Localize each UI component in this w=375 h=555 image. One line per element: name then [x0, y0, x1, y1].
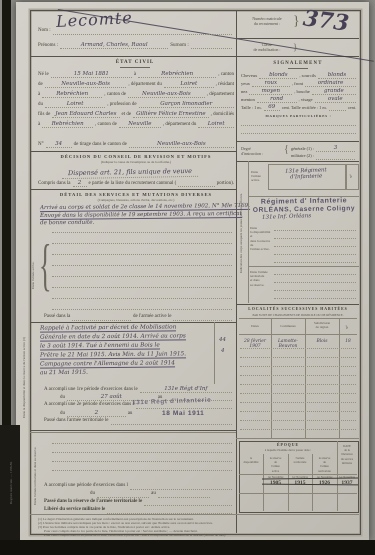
ruled-line: [52, 254, 232, 255]
name-rule: [53, 34, 232, 35]
forehead-label: , front: [292, 81, 303, 88]
mobilisation-entry-2: Générale en date du 2 août 1914. Arrivé …: [40, 333, 186, 341]
passe-reserve-terr-line: Passé dans la réserve de l'armée territo…: [44, 499, 232, 506]
ruled-line: [52, 461, 232, 462]
localites-header-bottom: [239, 334, 357, 335]
footnote-separator: [30, 514, 359, 515]
father-name: Jean Edouard Charles: [52, 111, 119, 118]
service-entry-3: de bonne conduite.: [40, 220, 94, 227]
portion-rule: [178, 186, 214, 187]
son-of-label: fils de: [38, 112, 50, 119]
domiciled-label: , domiciliés: [211, 112, 234, 119]
localites-col-dates: Dates: [239, 324, 271, 328]
ruled-line: [52, 243, 232, 244]
title-underline: [120, 67, 150, 68]
territorial-margin-label: Dans l'armée territoriale et dans sa rés…: [33, 440, 37, 512]
localites-top-line: [236, 304, 359, 305]
passe-terr-label: Passé dans l'armée territoriale le: [44, 418, 109, 425]
ruled-line: [274, 262, 356, 263]
ruled-line: [52, 276, 232, 277]
compris-line: Compris dans la2e partie de la liste du …: [38, 180, 234, 187]
ruled-line: [274, 274, 356, 275]
birth-canton: Neuville-aux-Bois: [45, 81, 127, 88]
section-line: [30, 151, 236, 152]
mouth-label: , bouche: [294, 89, 310, 96]
firstnames-line: Prénoms : Armand, Charles, Raoul Surnom …: [38, 42, 232, 49]
profession-value: Garçon limonadier: [139, 101, 234, 108]
localites-row-subdivision: Blois: [305, 339, 339, 344]
localites-bottom-line: [236, 438, 359, 439]
ruled-line: [240, 411, 356, 412]
instruction-brace: {: [284, 144, 289, 155]
nickname-rule: [191, 48, 232, 49]
du-label-3: du: [90, 491, 95, 498]
territorial-dates-line: duau: [90, 491, 210, 498]
matricule-number: 373: [302, 5, 351, 36]
ruled-line: [52, 298, 232, 299]
sig-row-1: Cheveuxblonds, sourcilsblonds: [241, 72, 356, 79]
height-label: Taille : 1 m.: [241, 105, 262, 112]
localites-row-numero: 18: [339, 339, 357, 344]
periode1-label: A accompli une 1re période d'exercices d…: [44, 387, 138, 394]
blank-rule: [72, 320, 131, 321]
epoque-col2-header: la réserve de l'armée active: [263, 456, 288, 473]
ruled-line: [52, 309, 232, 310]
and-of-label: et de: [122, 112, 132, 119]
compris-label-2: e partie de la liste du recrutement cant…: [89, 181, 177, 188]
parents-line: fils deJean Edouard Charleset deGillière…: [38, 111, 234, 118]
passe-territoriale-line: Passé dans l'armée territoriale le: [44, 418, 232, 425]
ruled-line: [274, 298, 356, 299]
scanned-military-record: Registre matricule. — 1186-80. Nom : Lec…: [0, 0, 375, 555]
corps-vertical-label: Indication des corps auxquels les jeunes…: [239, 165, 243, 300]
passe-label-2: de l'armée active le: [133, 314, 172, 321]
ruled-line: [240, 420, 356, 421]
tirage-number: 34: [46, 141, 72, 148]
birth-place: Rebréchien: [138, 71, 216, 78]
epoque-col3-header: l'armée territoriale: [288, 456, 312, 464]
ruled-line: [52, 265, 232, 266]
mobilisation-class-label: Classe de mobilisation :: [241, 42, 293, 52]
du-label: du: [60, 395, 65, 402]
corps-label-divider: [248, 161, 249, 303]
epoque-col1-header: la disponibilité: [239, 456, 263, 464]
corps-row-line-2: [248, 266, 359, 267]
au-label-2: au: [128, 411, 133, 418]
periode1-regiment: 131e Régt d'Inf: [140, 386, 232, 393]
ruled-line: [240, 366, 356, 367]
instruction-militaire-row: militaire (2) :: [291, 153, 355, 160]
eyebrows-value: blonds: [318, 72, 356, 79]
instruction-box-bottom: [236, 161, 359, 162]
spine-imprint-text: Registre matricule. — 1186-80.: [9, 430, 13, 535]
mother-name: Gillière Félicie Ernestine: [133, 111, 209, 118]
ruled-line: [241, 133, 356, 134]
localites-col-numero: N°: [345, 320, 349, 334]
blank-rule: [144, 505, 232, 506]
mobilisation-entry-6: au 21 Mai 1915.: [40, 370, 88, 376]
ruled-line: [240, 357, 356, 358]
face-value: ovale: [315, 96, 356, 103]
profession-label: , profession de: [107, 102, 136, 109]
birth-line-2: deNeuville-aux-Bois, département duLoire…: [38, 81, 234, 88]
nose-label: nez: [241, 89, 247, 96]
domicile-canton: Neuville: [119, 121, 161, 128]
column-divider: [236, 10, 237, 533]
ruled-line: [240, 348, 356, 349]
epoque-title: ÉPOQUE: [239, 443, 337, 447]
margin-note-2: 4: [221, 348, 225, 354]
section-line-4: [30, 430, 236, 431]
localites-title: LOCALITÉS SUCCESSIVES HABITÉES: [239, 307, 357, 311]
height-rectified-label: cent. Taille rectifiée : 1 m.: [282, 105, 327, 112]
localites-col-subdivision: Subdivision de région: [305, 321, 339, 329]
marks-label: MARQUES PARTICULIÈRES :: [241, 114, 356, 118]
eyes-label: yeux: [241, 81, 250, 88]
instruction-generale-row: générale (1) :3: [291, 145, 355, 152]
decision-title: DÉCISION DU CONSEIL DE REVISION ET MOTIF…: [38, 154, 234, 159]
sig-row-3: nezmoyen, bouchegrande: [241, 88, 356, 95]
birth-departement: Loiret: [164, 81, 214, 88]
decision-subtitle: (Indiquer la cause de l'exemption ou de …: [38, 160, 234, 164]
du-label: du: [38, 102, 43, 109]
section-line-5: [30, 432, 236, 433]
cent-label: cent.: [348, 105, 356, 112]
active-army-margin-label: Dans l'armée active.: [31, 240, 35, 310]
ruled-line: [240, 384, 356, 385]
classe-brace: }: [293, 42, 297, 52]
blank-rule: [158, 497, 210, 498]
instruction-label: Degré d'instruction :: [241, 146, 285, 156]
blank-rule: [136, 408, 232, 409]
tirage-line: N°34de tirage dans le canton deNeuville-…: [38, 141, 234, 148]
portion-label: portion).: [217, 181, 234, 188]
epoque-subtitle: à laquelle l'homme devra passer dans :: [239, 448, 337, 452]
mobilisation-entry-4: Prêtre le 21 Mai 1915. Avis Min. du 11 J…: [40, 351, 186, 359]
epoque-col4-header: la réserve de l'armée territoriale: [312, 456, 337, 473]
mobilisation-entry-5: Campagne contre l'Allemagne du 2 août 19…: [40, 360, 175, 368]
passe-active-line: Passé dans lade l'armée active le: [44, 314, 232, 321]
ruled-line: [241, 125, 356, 126]
libere-line: Libéré du service militaire le: [44, 507, 232, 514]
localites-subtitle: PAR SUITE DE CHANGEMENTS DE DOMICILE OU …: [239, 313, 357, 317]
instruction-box-top: [236, 141, 359, 142]
canton-of-label-2: , canton de: [95, 122, 117, 129]
tirage-label: de tirage dans le canton de: [74, 142, 127, 149]
corps-active-value: 131e Régiment d'Infanterie: [270, 167, 342, 182]
blank-rule: [316, 159, 355, 160]
epoque-row-line: [239, 493, 357, 494]
periode2-dates-line: du2au18 Mai 1911: [60, 410, 232, 417]
sig-row-2: yeuxroux, frontordinaire: [241, 80, 356, 87]
periode2-line: A accompli une 2e période d'exercices da…: [44, 402, 232, 409]
blank-rule: [97, 497, 149, 498]
blank-rule: [329, 110, 346, 111]
matricule-label: Numéro matricule du recrutement :: [241, 16, 293, 26]
passe-label: Passé dans la: [44, 314, 70, 321]
ruled-line: [274, 290, 356, 291]
residence-departement: Loiret: [45, 101, 105, 108]
ruled-line: [240, 393, 356, 394]
blank-rule: [173, 320, 232, 321]
corps-terr-label: Dans l'armée territoriale et dans sa rés…: [250, 270, 272, 287]
du-label-2: du: [60, 411, 65, 418]
margin-brace: {: [39, 238, 51, 295]
margin-box-line: [214, 322, 215, 384]
general-instruction-value: 3: [316, 145, 355, 152]
matricule-box-divider: [236, 38, 359, 39]
ruled-line: [274, 246, 356, 247]
residence-place: Rebréchien: [42, 91, 102, 98]
chin-label: menton: [241, 97, 255, 104]
general-instruction-label: générale (1) :: [291, 146, 314, 153]
residence-canton: Neuville-aux-Bois: [128, 91, 205, 98]
departement-label-2: , département: [207, 92, 234, 99]
name-label: Nom :: [38, 28, 51, 35]
nose-value: moyen: [249, 88, 292, 95]
ruled-line: [52, 443, 232, 444]
height-line: Taille : 1 m.69cent. Taille rectifiée : …: [241, 104, 356, 111]
at-label: à: [38, 92, 40, 99]
services-subtitle: (Campagnes, blessures, actions d'éclat, …: [38, 198, 234, 202]
bottom-scan-shadow: [0, 540, 375, 555]
section-line-2: [30, 189, 236, 190]
epoque-header-bottom: [239, 474, 357, 475]
liste-part-number: 2: [73, 180, 87, 187]
face-label: , visage: [299, 97, 313, 104]
reserve-margin-label: Dans la disponibilité et dans la réserve…: [22, 330, 26, 426]
periode2-end-stamp: 18 Mai 1911: [134, 411, 232, 418]
periode2-start: 2: [67, 410, 126, 417]
ruled-line: [240, 375, 356, 376]
domicile-departement: Loiret: [198, 121, 234, 128]
sig-row-4: mentonrond, visageovale: [241, 96, 356, 103]
localites-col-communes: Communes: [271, 324, 305, 328]
domicile-line: àRebréchien, canton deNeuville, départem…: [38, 121, 234, 128]
corps-dispo-label: Dans la disponibilité et dans la réserve…: [250, 226, 272, 251]
domicile-place: Rebréchien: [42, 121, 93, 128]
matricule-brace: }: [293, 14, 300, 30]
ruled-line: [240, 429, 356, 430]
eyebrows-label: , sourcils: [299, 73, 316, 80]
birth-date: 15 Mai 1881: [51, 71, 132, 78]
signalement-underline: [288, 68, 308, 69]
firstnames-label: Prénoms :: [38, 43, 58, 50]
of-label: de: [38, 82, 43, 89]
passe-res-label: Passé dans la réserve de l'armée territo…: [44, 499, 142, 506]
mobilisation-entry-3: le 3 août 1914. Tué à l'ennemi au Bois l…: [40, 342, 160, 350]
profession-line: duLoiret, profession deGarçon limonadier: [38, 101, 234, 108]
hair-label: Cheveux: [241, 73, 257, 80]
ruled-line: [240, 402, 356, 403]
ruled-line: [52, 232, 232, 233]
au-label-3: au: [151, 491, 156, 498]
mouth-value: grande: [312, 88, 356, 95]
mobilisation-entry-1: Rappelé à l'activité par décret de Mobil…: [40, 324, 176, 332]
residing-label: , résidant: [216, 82, 234, 89]
corps-active-label: Dans l'armée active.: [251, 170, 269, 183]
services-title: DÉTAIL DES SERVICES ET MUTATIONS DIVERSE…: [38, 192, 234, 197]
departement-label: , département du: [128, 82, 161, 89]
birth-line-1: Né le15 Mai 1881àRebréchien, canton: [38, 71, 234, 78]
military-instruction-label: militaire (2) :: [291, 153, 314, 160]
name-signature: Lecomte: [56, 8, 134, 31]
residence-line-1: àRebréchien, canton deNeuville-aux-Bois,…: [38, 91, 234, 98]
periode1-line: A accompli une 1re période d'exercices d…: [44, 386, 232, 393]
numero-label: N°: [38, 142, 44, 149]
forehead-value: ordinaire: [305, 80, 356, 87]
tirage-canton: Neuville-aux-Bois: [129, 141, 234, 148]
ruled-line: [52, 287, 232, 288]
signalement-title: SIGNALEMENT: [237, 61, 359, 66]
born-label: Né le: [38, 72, 49, 79]
ruled-line: [274, 238, 356, 239]
canton-of-label: , canton de: [104, 92, 126, 99]
epoque-liberation-header: DATE de la libération du service militai…: [338, 444, 356, 465]
height-value: 69: [264, 104, 280, 111]
blank-rule: [111, 424, 233, 425]
section-line-3: [30, 322, 236, 323]
ruled-line: [274, 230, 356, 231]
at-label: à: [134, 72, 136, 79]
ruled-line: [52, 470, 232, 471]
periode2-label: A accompli une 2e période d'exercices da…: [44, 402, 134, 409]
margin-note-1: 44: [219, 337, 226, 343]
firstnames-value: Armand, Charles, Raoul: [60, 42, 168, 49]
chin-value: rond: [257, 96, 297, 103]
hair-value: blonds: [259, 72, 297, 79]
departement-du-label: , département du: [163, 122, 196, 129]
eyes-value: roux: [252, 80, 290, 87]
at-label-2: à: [38, 122, 40, 129]
terr-periode-label: A accompli une période d'exercices dans …: [44, 483, 128, 490]
etat-civil-title: ÉTAT CIVIL: [80, 60, 190, 66]
libere-label: Libéré du service militaire le: [44, 507, 105, 514]
territorial-periode-line: A accompli une période d'exercices dans …: [44, 483, 232, 490]
ruled-line: [274, 282, 356, 283]
canton-label: , canton: [218, 72, 234, 79]
footnote-5: Pour ceux compris dans la 2e partie de l…: [44, 533, 356, 537]
corps-numero-label: N°: [349, 167, 353, 185]
ruled-line: [274, 254, 356, 255]
header-bottom-line: [30, 56, 359, 57]
ruled-line: [52, 452, 232, 453]
compris-label: Compris dans la: [38, 181, 71, 188]
nickname-label: Surnom :: [170, 43, 188, 50]
blank-rule: [130, 489, 232, 490]
